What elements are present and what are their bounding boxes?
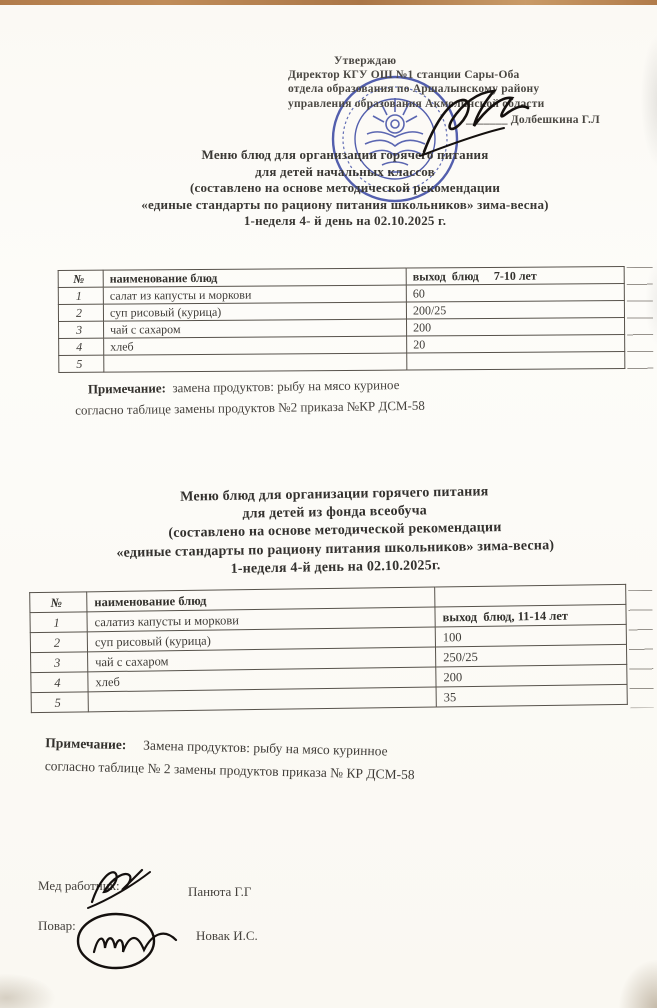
table-cell: 5 (31, 692, 88, 713)
table-cell: 2 (58, 304, 103, 321)
table-cell: 1 (30, 612, 87, 633)
col-header-number: № (30, 592, 87, 613)
table-cell: 200/25 (406, 301, 624, 320)
table-cell (407, 352, 625, 371)
table-cell (88, 687, 436, 712)
table-cell: 5 (59, 355, 104, 372)
med-worker-signature-ink (86, 862, 176, 914)
note-label: Примечание: (45, 735, 126, 752)
table-cell: 200 (406, 318, 624, 337)
table-cell: 1 (58, 287, 103, 304)
menu1-table: № наименование блюд выход блюд 7-10 лет … (58, 266, 626, 373)
col-header-dish: наименование блюд (103, 268, 406, 287)
table-cell: 20 (407, 335, 625, 354)
table-cell: 250/25 (435, 644, 626, 667)
scanned-menu-document: УтверждаюДиректор КГУ ОШ №1 станции Сары… (0, 0, 657, 1008)
text-line: (составлено на основе методической реком… (40, 180, 650, 197)
menu2-title: Меню блюд для организации горячего питан… (19, 481, 650, 583)
med-worker-name: Панюта Г.Г (188, 884, 251, 900)
table-cell: чай с сахаром (104, 319, 407, 338)
note-text-line1: Замена продуктов: рыбу на мясо куринное (143, 738, 388, 759)
text-line: 1-неделя 4- й день на 02.10.2025 г. (40, 213, 650, 230)
table-cell: 200 (436, 664, 627, 687)
table-cell: 3 (31, 652, 88, 673)
table-cell: суп рисовый (курица) (103, 302, 406, 321)
text-line: Меню блюд для организации горячего питан… (40, 147, 650, 164)
text-line: для детей начальных классов (40, 164, 650, 181)
text-line: Утверждаю (334, 54, 638, 68)
signature-block: Мед работник: Панюта Г.Г Повар: Новак И.… (38, 868, 378, 948)
table-cell (104, 353, 407, 372)
col-header-number: № (58, 270, 103, 287)
table-cell: 2 (30, 632, 87, 653)
med-worker-row: Мед работник: Панюта Г.Г (38, 868, 378, 908)
col-header-portion: выход блюд 7-10 лет (406, 267, 624, 286)
scan-line-bleed (628, 590, 654, 708)
table-cell: 60 (406, 284, 624, 303)
table-cell: 4 (59, 338, 104, 355)
table-cell: хлеб (104, 336, 407, 355)
cook-signature-ink (72, 910, 192, 972)
director-signature-ink (416, 86, 536, 166)
table-row: 5 (59, 352, 625, 373)
table-cell: 35 (436, 684, 627, 707)
cook-row: Повар: Новак И.С. (38, 908, 378, 948)
menu1-title: Меню блюд для организации горячего питан… (40, 147, 650, 230)
menu2-table: № наименование блюд 1салатиз капусты и м… (29, 584, 628, 713)
menu2-note: Примечание: Замена продуктов: рыбу на мя… (45, 731, 606, 791)
text-line: Директор КГУ ОШ №1 станции Сары-Оба (288, 68, 638, 82)
table-cell: 100 (435, 624, 626, 647)
scan-top-edge (0, 0, 657, 5)
note-text-line1: замена продуктов: рыбу на мясо куриное (172, 377, 399, 395)
text-line: «единые стандарты по рациону питания шко… (40, 197, 650, 214)
table-cell: 3 (59, 321, 104, 338)
table-cell: 4 (31, 672, 88, 693)
cook-name: Новак И.С. (196, 928, 258, 944)
table-cell: салат из капусты и моркови (103, 285, 406, 304)
menu1-note: Примечание: замена продуктов: рыбу на мя… (75, 371, 596, 420)
scan-line-bleed (627, 267, 654, 370)
cook-label: Повар: (38, 918, 76, 934)
col-header-portion (435, 584, 626, 607)
note-label: Примечание: (88, 380, 166, 396)
table-cell: выход блюд, 11-14 лет (435, 604, 626, 627)
